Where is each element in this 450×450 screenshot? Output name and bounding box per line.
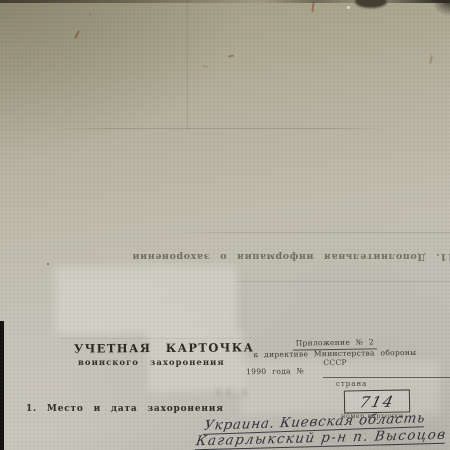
paper-fiber-speck <box>311 2 314 12</box>
paper-grain-texture <box>0 0 450 450</box>
bleed-through-smudge: 11.1 <box>215 388 365 402</box>
vertical-crease <box>187 0 188 130</box>
country-blank-rule <box>323 377 450 378</box>
paper-fiber-speck <box>228 54 234 57</box>
paper-fiber-speck <box>74 30 79 39</box>
scan-top-blotch <box>355 0 387 8</box>
flipped-section-11-heading: 11. Дополнительная информация о захороне… <box>166 247 450 262</box>
scan-corner-shadow <box>432 0 450 16</box>
card-number-handwritten: 714 <box>358 392 397 411</box>
scan-left-edge-black-strip <box>0 321 4 450</box>
ink-speck <box>47 263 49 265</box>
light-worn-patch <box>55 266 237 334</box>
country-field-label: страна <box>336 380 367 388</box>
annex-reference-block: Приложение № 2 к директиве Министерства … <box>246 338 425 378</box>
paper-fiber-speck <box>203 65 208 68</box>
card-number-box: 714 <box>344 389 410 413</box>
paper-fiber-speck <box>429 55 432 64</box>
card-title: УЧЕТНАЯ КАРТОЧКА <box>74 340 254 355</box>
paper-fiber-speck <box>88 13 92 16</box>
horizontal-crease <box>235 281 450 282</box>
horizontal-crease <box>60 338 240 339</box>
horizontal-crease <box>58 128 388 129</box>
light-speck <box>347 6 350 9</box>
horizontal-crease <box>175 232 450 233</box>
section-1-label: 1. Место и дата захоронения <box>26 404 224 414</box>
card-subtitle: воинского захоронения <box>78 358 225 368</box>
annex-line-3: 1990 года № <box>246 366 424 377</box>
scanned-burial-record-card: 11.1 11. Дополнительная информация о зах… <box>0 0 450 450</box>
